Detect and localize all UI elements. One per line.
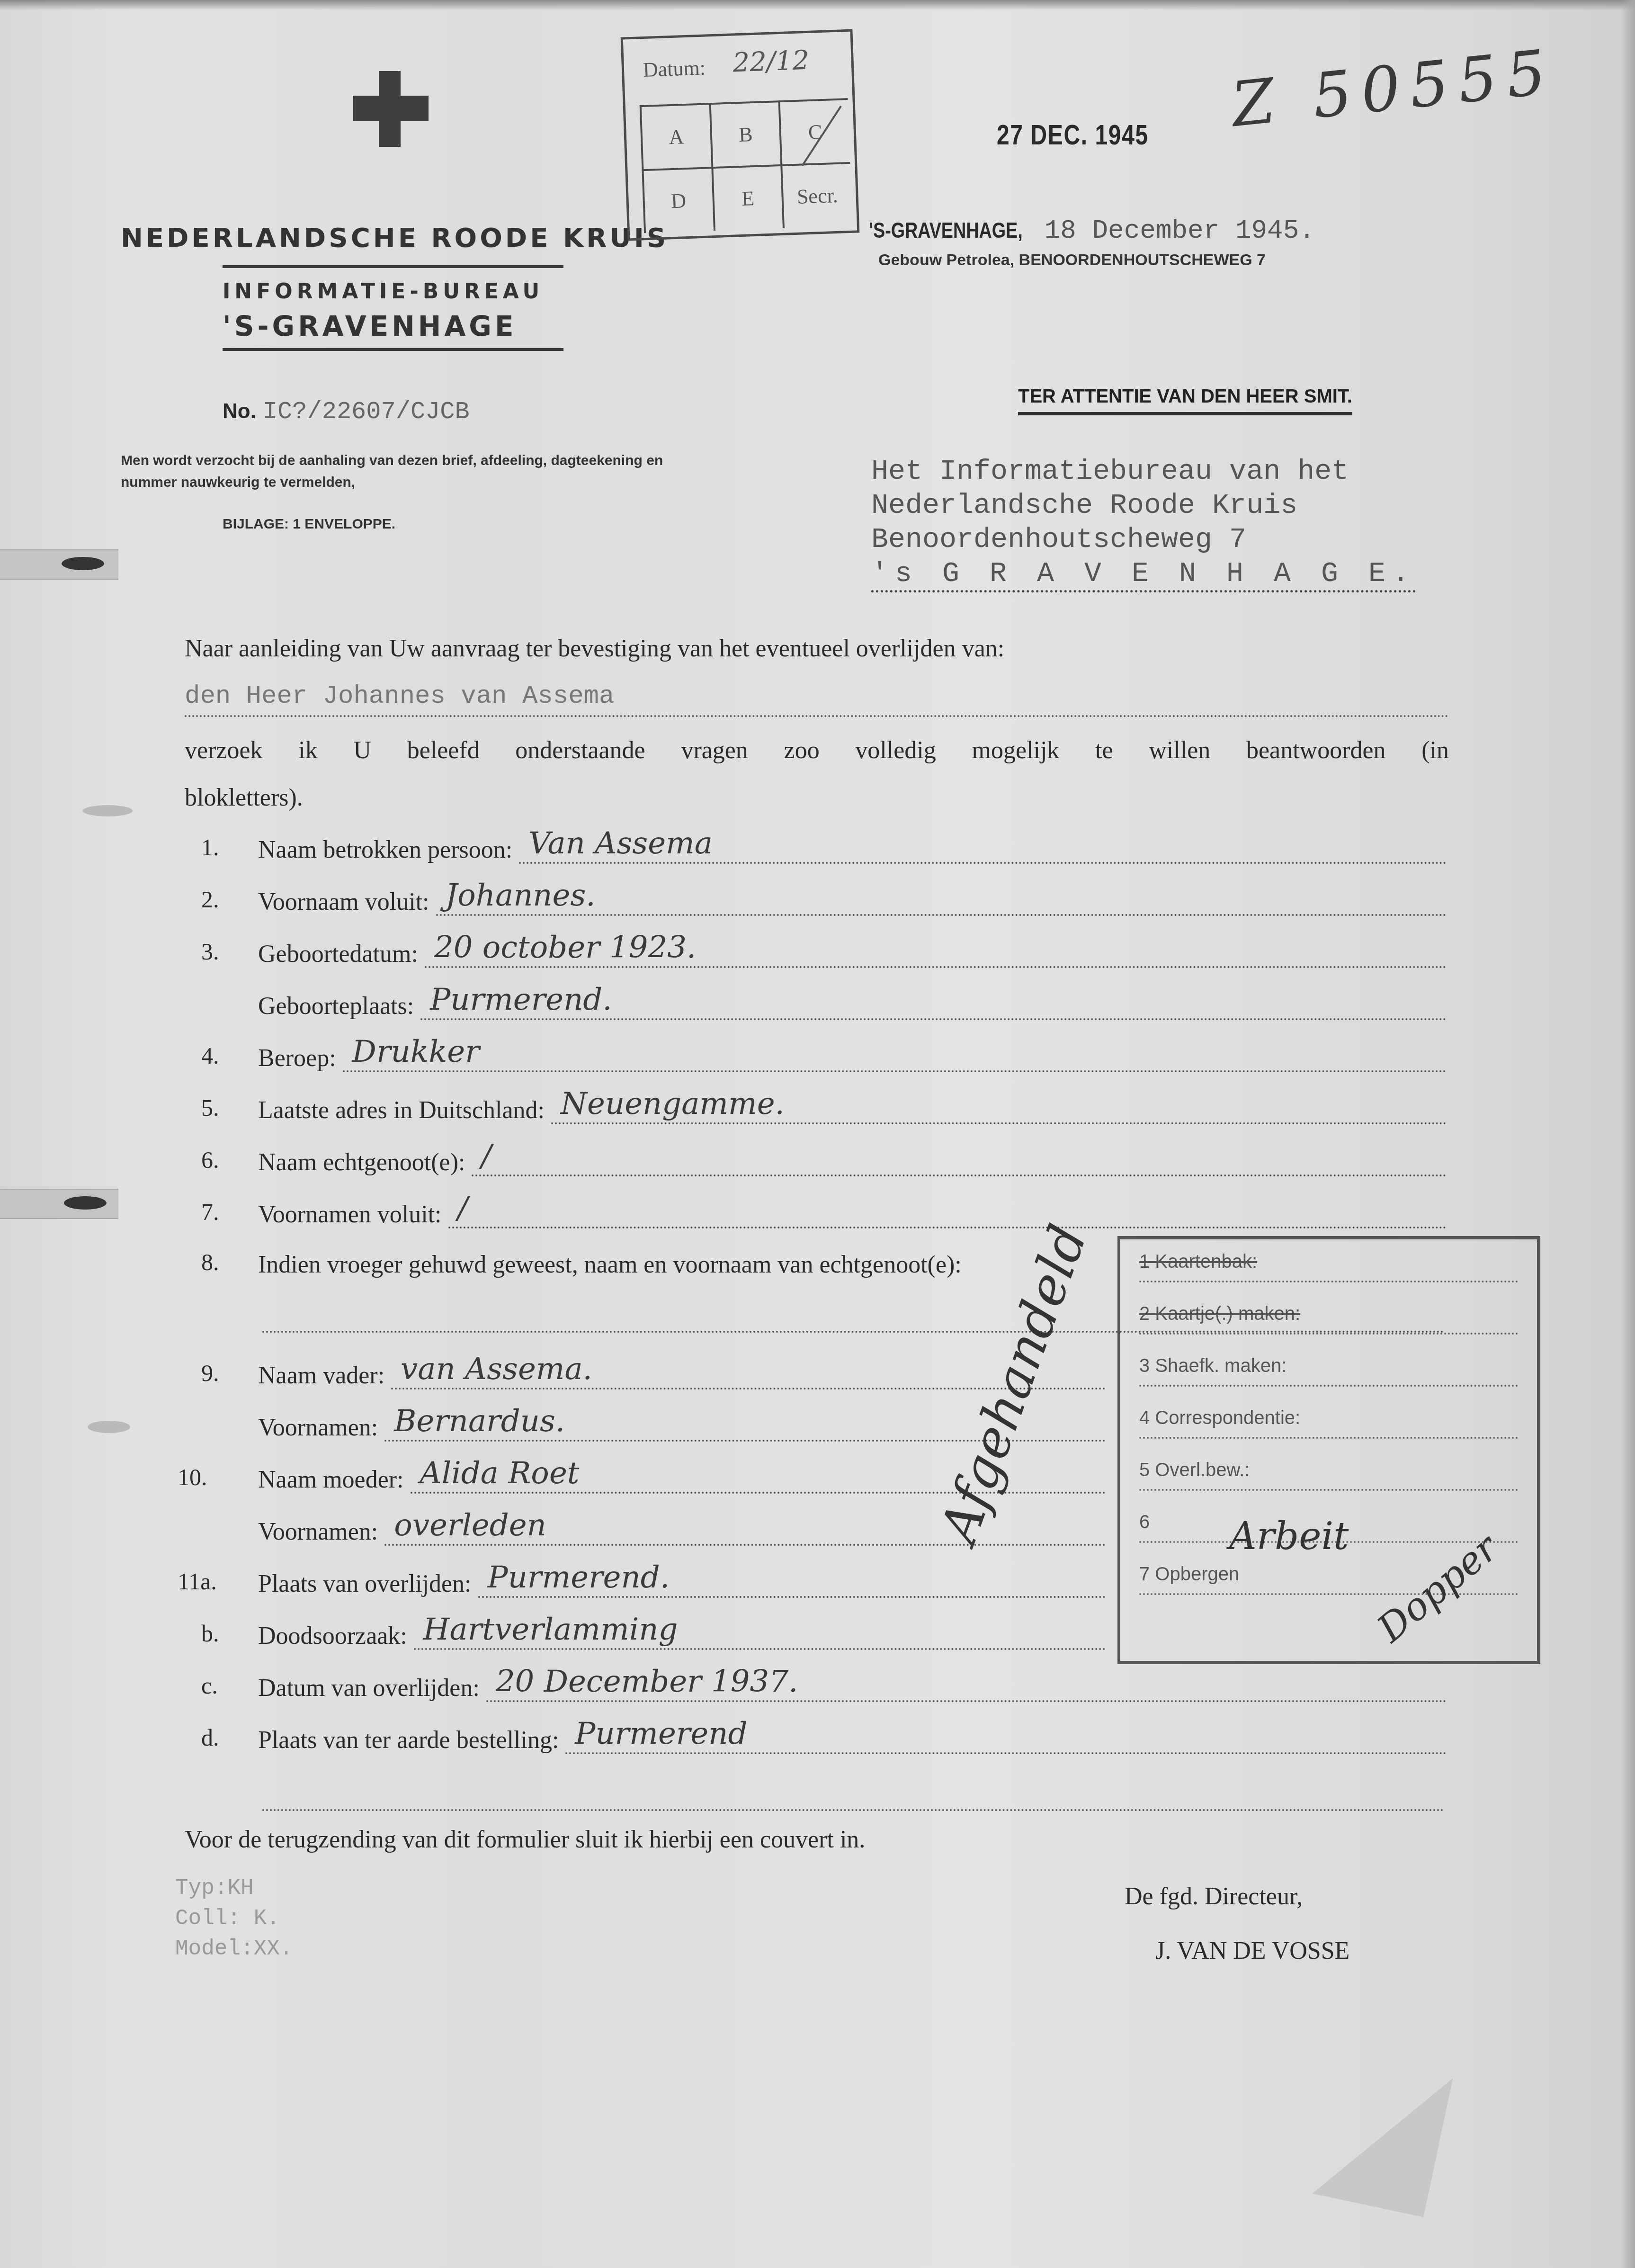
field-answer-line: Johannes. — [436, 886, 1447, 916]
item6-signature: Arbeit — [1229, 1514, 1349, 1558]
form-field-row: 4.Beroep:Drukker — [258, 1042, 1447, 1072]
office-checklist-item: 3 Shaefk. maken: — [1139, 1355, 1518, 1387]
typist-code: Model:XX. — [175, 1934, 293, 1964]
field-label: Naam echtgenoot(e): — [258, 1148, 465, 1176]
signoff-title: De fgd. Directeur, — [1125, 1883, 1303, 1910]
handwritten-answer: / — [458, 1191, 468, 1226]
building-address: Gebouw Petrolea, BENOORDENHOUTSCHEWEG 7 — [878, 251, 1266, 269]
field-number: 8. — [201, 1248, 219, 1276]
bureau-name: INFORMATIE-BUREAU — [223, 279, 544, 304]
punch-hole-icon — [64, 1196, 107, 1210]
place-date: 'S-GRAVENHAGE, 18 December 1945. — [869, 215, 1315, 246]
field-answer-line: overleden — [384, 1515, 1106, 1546]
letterhead-rule — [223, 348, 563, 351]
handwritten-answer: Alida Roet — [420, 1456, 580, 1491]
stamp-cell: Secr. — [781, 162, 852, 228]
field-number: 2. — [201, 886, 219, 913]
signoff-name: J. VAN DE VOSSE — [1155, 1937, 1349, 1965]
field-answer-line: Hartverlamming — [414, 1620, 1106, 1650]
subject-line: den Heer Johannes van Assema — [185, 682, 1449, 717]
handwritten-answer: Drukker — [352, 1034, 480, 1069]
field-label: Doodsoorzaak: — [258, 1622, 407, 1650]
addressee-line: Het Informatiebureau van het — [871, 455, 1416, 489]
field-answer-line: Neuengamme. — [551, 1094, 1447, 1124]
typist-code: Typ:KH — [175, 1873, 293, 1903]
field-number: 11a. — [178, 1568, 217, 1595]
field-number: 1. — [201, 834, 219, 861]
reference-value: IC?/22607/CJCB — [263, 398, 470, 426]
intro-line: Naar aanleiding van Uw aanvraag ter beve… — [185, 635, 1004, 663]
handwritten-answer: Bernardus. — [394, 1404, 565, 1439]
field-answer-line: 20 December 1937. — [486, 1672, 1447, 1702]
addressee-line: 's G R A V E N H A G E. — [871, 558, 1416, 592]
field-label: Plaats van overlijden: — [258, 1570, 472, 1598]
field-label: Indien vroeger gehuwd geweest, naam en v… — [258, 1251, 962, 1279]
field-answer-line: Purmerend. — [420, 990, 1447, 1020]
letterhead-rule — [223, 265, 563, 268]
field-label: Naam betrokken persoon: — [258, 836, 512, 864]
field-label: Beroep: — [258, 1044, 336, 1072]
addressee-line: Nederlandsche Roode Kruis — [871, 489, 1416, 523]
place-label: 'S-GRAVENHAGE, — [869, 217, 1023, 243]
field-label: Geboortedatum: — [258, 940, 418, 968]
form-field-row: d.Plaats van ter aarde bestelling:Purmer… — [258, 1724, 1447, 1754]
handwritten-answer: Neuengamme. — [561, 1086, 785, 1121]
closing-text: Voor de terugzending van dit formulier s… — [185, 1826, 865, 1854]
typist-codes: Typ:KH Coll: K. Model:XX. — [175, 1873, 293, 1964]
field-label: Voornaam voluit: — [258, 888, 429, 916]
handwritten-answer: Purmerend. — [430, 982, 612, 1017]
office-item-label: 3 Shaefk. maken: — [1139, 1355, 1287, 1376]
office-item-label: 2 Kaartje(.) maken: — [1139, 1303, 1300, 1324]
office-processing-box: 1 Kaartenbak:2 Kaartje(.) maken:3 Shaefk… — [1117, 1236, 1540, 1664]
office-checklist-item: 5 Overl.bew.: — [1139, 1460, 1518, 1491]
field-number: 7. — [201, 1198, 219, 1226]
office-checklist-item: 4 Correspondentie: — [1139, 1407, 1518, 1439]
field-label: Naam vader: — [258, 1362, 384, 1389]
office-checklist-item: 2 Kaartje(.) maken: — [1139, 1303, 1518, 1335]
file-number: Z 50555 — [1228, 36, 1558, 141]
form-field-row: 11a.Plaats van overlijden:Purmerend. — [258, 1568, 1106, 1598]
form-field-row: c.Datum van overlijden:20 December 1937. — [258, 1672, 1447, 1702]
stamp-cell: A — [640, 103, 711, 169]
handwritten-answer: Purmerend. — [488, 1560, 670, 1595]
bureau-city: 'S-GRAVENHAGE — [223, 310, 517, 342]
field-number: 9. — [201, 1359, 219, 1387]
intro-line: verzoek ik U beleefd onderstaande vragen… — [185, 736, 1449, 764]
scan-top-shadow — [0, 0, 1635, 10]
typist-code: Coll: K. — [175, 1903, 293, 1934]
field-label: Voornamen: — [258, 1414, 378, 1442]
handwritten-answer: 20 December 1937. — [496, 1664, 798, 1699]
subject-name: den Heer Johannes van Assema — [185, 682, 614, 711]
field-number: c. — [201, 1672, 218, 1699]
field-label: Voornamen voluit: — [258, 1201, 442, 1228]
form-field-row — [256, 1781, 1444, 1811]
reference-number: No. IC?/22607/CJCB — [223, 398, 470, 426]
handwritten-answer: Purmerend — [575, 1716, 747, 1751]
handwritten-answer: Hartverlamming — [423, 1612, 678, 1647]
field-answer-line: Purmerend — [565, 1724, 1447, 1754]
field-number: 5. — [201, 1094, 219, 1121]
form-field-row: b.Doodsoorzaak:Hartverlamming — [258, 1620, 1106, 1650]
stamp-cell: D — [642, 167, 713, 233]
office-item-label: 4 Correspondentie: — [1139, 1407, 1300, 1428]
office-checklist-item: 1 Kaartenbak: — [1139, 1251, 1518, 1282]
form-field-row: 9.Naam vader:van Assema. — [258, 1359, 1106, 1389]
letter-date: 18 December 1945. — [1045, 215, 1315, 246]
field-answer-line: / — [472, 1146, 1447, 1176]
routing-stamp: Datum: 22/12 A B C D E Secr. — [621, 29, 860, 241]
field-number: b. — [201, 1620, 219, 1647]
field-label: Plaats van ter aarde bestelling: — [258, 1726, 559, 1754]
intro-line: blokletters). — [185, 784, 303, 812]
stamp-cell: E — [711, 164, 783, 231]
stamp-datum-label: Datum: — [643, 55, 706, 82]
field-label: Geboorteplaats: — [258, 992, 414, 1020]
field-number: 3. — [201, 938, 219, 965]
stain — [83, 805, 133, 816]
field-label: Laatste adres in Duitschland: — [258, 1096, 545, 1124]
reference-label: No. — [223, 400, 256, 423]
attachment-note: BIJLAGE: 1 ENVELOPPE. — [223, 516, 395, 532]
field-number: 6. — [201, 1146, 219, 1174]
handwritten-answer: / — [481, 1138, 491, 1174]
field-label: Datum van overlijden: — [258, 1674, 480, 1702]
addressee-line: Benoordenhoutscheweg 7 — [871, 523, 1416, 557]
organization-name: NEDERLANDSCHE ROODE KRUIS — [121, 223, 669, 253]
punch-hole-icon — [62, 557, 104, 570]
scan-right-edge — [1621, 0, 1635, 2268]
field-answer-line: Purmerend. — [478, 1568, 1106, 1598]
folded-corner — [1312, 2054, 1453, 2217]
addressee-block: Het Informatiebureau van het Nederlandsc… — [871, 455, 1416, 591]
office-item-label: 5 Overl.bew.: — [1139, 1460, 1250, 1480]
form-field-row: 6.Naam echtgenoot(e):/ — [258, 1146, 1447, 1176]
stain — [88, 1421, 130, 1433]
stamp-cell-struck: C — [778, 98, 850, 164]
handwritten-answer: Johannes. — [446, 878, 596, 913]
stamp-datum-value: 22/12 — [733, 45, 810, 79]
form-field-row: 3.Geboortedatum:20 october 1923. — [258, 938, 1447, 968]
stamp-cell: B — [709, 100, 780, 167]
field-answer-line: Van Assema — [519, 834, 1447, 864]
office-item-label: 1 Kaartenbak: — [1139, 1251, 1257, 1272]
handwritten-answer: overleden — [394, 1508, 546, 1543]
form-field-row: Geboorteplaats:Purmerend. — [258, 990, 1447, 1020]
office-item-label: 7 Opbergen — [1139, 1564, 1239, 1585]
handwritten-answer: Van Assema — [528, 826, 713, 861]
attention-line: TER ATTENTIE VAN DEN HEER SMIT. — [1018, 386, 1352, 415]
field-number: d. — [201, 1724, 219, 1751]
red-cross-icon-bar — [353, 96, 429, 121]
form-field-row: 7.Voornamen voluit:/ — [258, 1198, 1447, 1228]
handwritten-answer: van Assema. — [401, 1352, 592, 1387]
field-answer-line: 20 october 1923. — [425, 938, 1447, 968]
reference-notice: Men wordt verzocht bij de aanhaling van … — [121, 450, 684, 493]
field-answer-line: Drukker — [343, 1042, 1447, 1072]
field-label: Voornamen: — [258, 1518, 378, 1546]
office-item-label: 6 — [1139, 1512, 1150, 1533]
form-field-row: 2.Voornaam voluit:Johannes. — [258, 886, 1447, 916]
form-field-row: 1.Naam betrokken persoon:Van Assema — [258, 834, 1447, 864]
field-label: Naam moeder: — [258, 1466, 404, 1494]
field-answer-line: / — [448, 1198, 1447, 1228]
field-number: 4. — [201, 1042, 219, 1069]
received-date-stamp: 27 DEC. 1945 — [997, 118, 1149, 151]
document-page: NEDERLANDSCHE ROODE KRUIS INFORMATIE-BUR… — [0, 0, 1635, 2268]
field-answer-line — [262, 1781, 1444, 1811]
handwritten-answer: 20 october 1923. — [434, 930, 696, 965]
form-field-row: 5.Laatste adres in Duitschland:Neuengamm… — [258, 1094, 1447, 1124]
field-number: 10. — [178, 1463, 207, 1491]
